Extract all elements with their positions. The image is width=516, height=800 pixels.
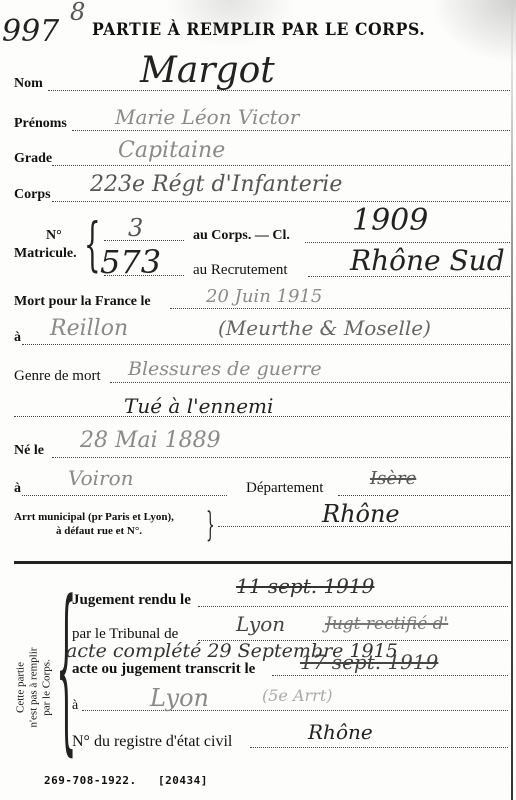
naissance-lieu-line xyxy=(22,495,227,496)
nom-value: Margot xyxy=(140,50,275,91)
form-title: PARTIE À REMPLIR PAR LE CORPS. xyxy=(92,20,425,40)
nom-line xyxy=(48,90,510,91)
departement-struck: Isère xyxy=(370,468,416,489)
prenoms-label: Prénoms xyxy=(14,116,67,132)
jugement-label: Jugement rendu le xyxy=(72,592,191,609)
mort-departement: (Meurthe & Moselle) xyxy=(218,316,431,340)
grade-line xyxy=(52,165,510,166)
ne-le-label: Né le xyxy=(14,443,44,459)
mort-a-label: à xyxy=(14,330,21,346)
au-recrutement-label: au Recrutement xyxy=(193,262,288,279)
genre-mort-label: Genre de mort xyxy=(14,368,101,385)
arr-brace: } xyxy=(206,508,215,542)
side-note-line-1: Cette partie xyxy=(15,618,28,758)
registre-label: N° du registre d'état civil xyxy=(72,733,232,751)
record-number-suffix: 8 xyxy=(70,0,85,26)
au-corps-label: au Corps. — Cl. xyxy=(193,228,290,244)
mort-date-line xyxy=(170,308,510,309)
mort-date: 20 Juin 1915 xyxy=(206,286,322,307)
recrutement-number: 573 xyxy=(100,243,161,281)
arr-value: Rhône xyxy=(322,500,400,528)
mort-lieu-line xyxy=(22,344,510,345)
tribunal-struck: Jugt rectifié d' xyxy=(325,614,448,634)
genre-mort-line xyxy=(110,382,510,383)
naissance-date: 28 Mai 1889 xyxy=(80,428,221,453)
departement-line xyxy=(338,495,510,496)
arr-label-2: à défaut rue et N°. xyxy=(56,524,142,538)
classe-line xyxy=(305,242,510,243)
naissance-a-label: à xyxy=(14,481,21,497)
mort-lieu: Reillon xyxy=(50,316,128,341)
record-number: 997 xyxy=(2,14,59,49)
side-note-line-2: n'est pas à remplir xyxy=(28,618,41,758)
transcrit-a-line xyxy=(82,710,508,711)
classe-value: 1909 xyxy=(352,203,428,238)
recrutement-value: Rhône Sud xyxy=(350,244,505,277)
genre-mort-value-1: Blessures de guerre xyxy=(128,358,322,380)
grade-value: Capitaine xyxy=(118,138,225,163)
prenoms-line xyxy=(72,130,510,131)
transcrit-a-label: à xyxy=(72,698,78,714)
transcrit-a-note: (5e Arrt) xyxy=(262,686,333,705)
departement-label: Département xyxy=(246,480,323,497)
page-edge xyxy=(511,0,513,800)
nom-label: Nom xyxy=(14,76,43,92)
matricule-label: Matricule. xyxy=(14,246,77,262)
section-divider xyxy=(14,561,512,564)
transcrit-a-value: Lyon xyxy=(150,684,209,712)
matricule-label-no: N° xyxy=(46,228,62,244)
side-note-line-3: par le Corps. xyxy=(41,618,54,758)
print-reference: 269-708-1922. [20434] xyxy=(44,774,208,787)
transcrit-label: acte ou jugement transcrit le xyxy=(72,661,255,678)
ne-le-line xyxy=(52,457,510,458)
matricule-brace: { xyxy=(84,215,101,273)
corps-label: Corps xyxy=(14,187,51,203)
registre-value: Rhône xyxy=(308,720,373,744)
corps-value: 223e Régt d'Infanterie xyxy=(90,172,342,197)
naissance-lieu: Voiron xyxy=(68,466,134,490)
registre-line xyxy=(250,747,508,748)
jugement-value: 11 sept. 1919 xyxy=(236,574,374,598)
prenoms-value: Marie Léon Victor xyxy=(115,105,299,129)
corps-number: 3 xyxy=(128,214,143,242)
grade-label: Grade xyxy=(14,151,52,167)
jugement-line xyxy=(198,606,508,607)
corps-line xyxy=(52,201,510,202)
transcrit-value: 17 sept. 1919 xyxy=(300,650,438,674)
transcrit-line xyxy=(272,675,508,676)
tribunal-value: Lyon xyxy=(236,612,285,636)
arr-label-1: Arrt municipal (pr Paris et Lyon), xyxy=(14,510,174,524)
mort-label: Mort pour la France le xyxy=(14,294,151,310)
side-note: Cette partie n'est pas à remplir par le … xyxy=(15,618,54,758)
corps-number-line xyxy=(104,240,184,241)
genre-mort-value-2: Tué à l'ennemi xyxy=(124,394,273,418)
